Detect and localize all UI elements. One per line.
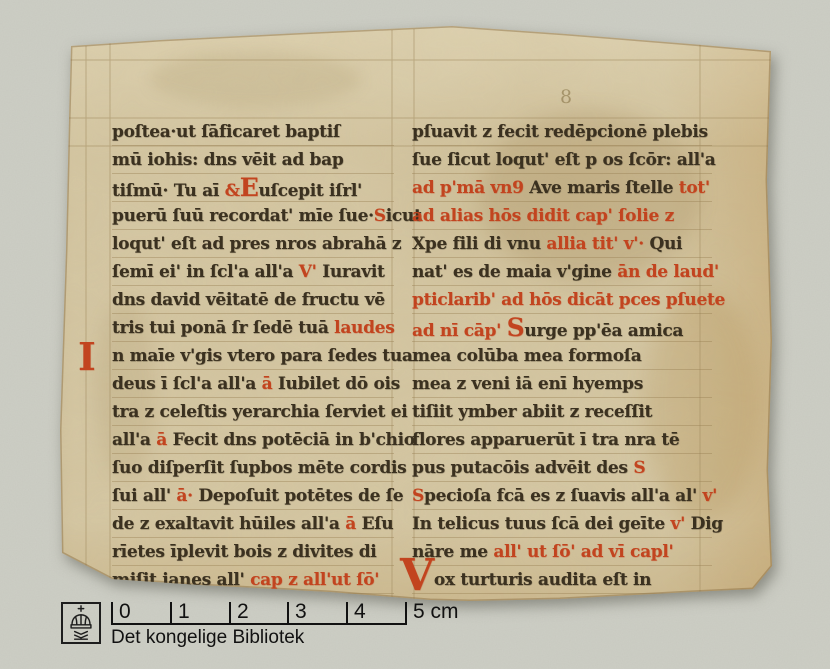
ink-segment: Eſu bbox=[362, 514, 394, 534]
rubric-segment: ad p'mā vn9 bbox=[412, 178, 529, 198]
manuscript-line: de z exaltavit hūiles all'a ā Eſu bbox=[112, 510, 394, 538]
manuscript-line: poſtea·ut ſāficaret baptiſ bbox=[112, 118, 394, 146]
ruler-tick bbox=[229, 602, 231, 625]
ink-segment: Xpe fili di vnu bbox=[412, 234, 546, 254]
rubric-segment: v' bbox=[671, 514, 691, 534]
ink-segment: de z exaltavit hūiles all'a bbox=[112, 514, 345, 534]
photograph-canvas: 8 poſtea·ut ſāficaret baptiſmū iohis: dn… bbox=[0, 0, 830, 669]
manuscript-line: ſui all' ā· Depoſuit potētes de ſe bbox=[112, 482, 394, 510]
ruler-tick bbox=[111, 602, 113, 625]
manuscript-line: pſuavit z fecit redēpcionē plebis bbox=[412, 118, 712, 146]
manuscript-line: loqut' eſt ad pres nros abrahā z bbox=[112, 230, 394, 258]
manuscript-line: miſit ianes all' cap z all'ut ſō' bbox=[112, 566, 394, 594]
rubric-segment: v' bbox=[703, 486, 717, 506]
manuscript-line: all'a ā Fecit dns potēciā in b'chio bbox=[112, 426, 394, 454]
rubric-segment: ā bbox=[156, 430, 172, 450]
manuscript-line: dns david vēitatē de fructu vē bbox=[112, 286, 394, 314]
rubric-segment: ā bbox=[345, 514, 361, 534]
ink-segment: Iuravit bbox=[322, 262, 384, 282]
ruler-tick bbox=[287, 602, 289, 625]
ink-segment: mea colūba mea formoſa bbox=[412, 346, 641, 366]
manuscript-line: tra z celeſtis yerarchia ſerviet ei bbox=[112, 398, 394, 426]
ink-segment: In telicus tuus ſcā dei geīte bbox=[412, 514, 671, 534]
manuscript-line: ſemī ei' in ſcl'a all'a V' Iuravit bbox=[112, 258, 394, 286]
ink-segment: ox turturis audita eſt in bbox=[434, 570, 651, 590]
rubric-segment: E bbox=[240, 173, 259, 202]
ruler-tick bbox=[346, 602, 348, 625]
manuscript-line: mea z veni iā enī hyemps bbox=[412, 370, 712, 398]
rubric-segment: S bbox=[412, 486, 424, 506]
manuscript-line: tris tui ponā ſr ſedē tuā laudes bbox=[112, 314, 394, 342]
rubric-segment: S bbox=[633, 458, 645, 478]
ruler-tick bbox=[170, 602, 172, 625]
ink-segment: mea z veni iā enī hyemps bbox=[412, 374, 643, 394]
manuscript-line: ad nī cāp' Surge pp'ēa amica bbox=[412, 314, 712, 342]
ink-segment: ſuo diſperſit ſupbos mēte cordis bbox=[112, 458, 406, 478]
ink-segment: dns david vēitatē de fructu vē bbox=[112, 290, 385, 310]
rubric-segment: all' ut ſō' ad vī capl' bbox=[493, 542, 673, 562]
rubric-segment: ān de laud' bbox=[617, 262, 719, 282]
manuscript-line: nāre me all' ut ſō' ad vī capl' bbox=[412, 538, 712, 566]
library-name: Det kongelige Bibliotek bbox=[111, 628, 304, 648]
rubric-segment: pticlarib' ad hōs dicāt pces pſuete bbox=[412, 290, 725, 310]
ruler-number: 4 bbox=[354, 600, 366, 624]
ink-segment: tra z celeſtis yerarchia ſerviet ei bbox=[112, 402, 407, 422]
scale-ruler: 01234 5 cm Det kongelige Bibliotek bbox=[111, 602, 481, 648]
manuscript-line: mū iohis: dns vēit ad bap bbox=[112, 146, 394, 174]
manuscript-line: ad p'mā vn9 Ave maris ſtelle tot' bbox=[412, 174, 712, 202]
crown-kb-monogram-icon bbox=[63, 604, 99, 642]
manuscript-leaf: 8 poſtea·ut ſāficaret baptiſmū iohis: dn… bbox=[0, 0, 830, 669]
ink-segment: flores apparuerūt ī tra nra tē bbox=[412, 430, 679, 450]
rubric-segment: tot' bbox=[679, 178, 710, 198]
rubric-segment: V' bbox=[299, 262, 322, 282]
rubric-segment: ad nī cāp' bbox=[412, 321, 507, 341]
rubric-segment: I bbox=[78, 338, 95, 376]
royal-library-logo bbox=[61, 602, 101, 644]
rubric-segment: ā bbox=[262, 374, 278, 394]
ruler-number: 1 bbox=[178, 600, 190, 624]
folio-number: 8 bbox=[560, 86, 572, 108]
ink-segment: puerū ſuū recordat' mīe ſue· bbox=[112, 206, 374, 226]
manuscript-line: tiſmū· Tu aī &Euſcepit iſrl' bbox=[112, 174, 394, 202]
manuscript-line: Xpe fili di vnu allia tit' v'· Qui bbox=[412, 230, 712, 258]
manuscript-column-left: poſtea·ut ſāficaret baptiſmū iohis: dns … bbox=[112, 118, 394, 604]
rubric-segment: ā· bbox=[176, 486, 198, 506]
ink-segment: Depoſuit potētes de ſe bbox=[198, 486, 403, 506]
manuscript-line: nat' es de maia v'gine ān de laud' bbox=[412, 258, 712, 286]
ink-segment: Ave maris ſtelle bbox=[529, 178, 679, 198]
ink-segment: deus ī ſcl'a all'a bbox=[112, 374, 262, 394]
rubric-segment: allia tit' v'· bbox=[546, 234, 649, 254]
manuscript-line: Vox turturis audita eſt in bbox=[412, 566, 712, 594]
manuscript-line: deus ī ſcl'a all'a ā Iubilet dō ois bbox=[112, 370, 394, 398]
manuscript-line: flores apparuerūt ī tra nra tē bbox=[412, 426, 712, 454]
ink-segment: ſue ſicut loqut' eſt p os ſcōr: all'a bbox=[412, 150, 715, 170]
ink-segment: tiſiit ymber abiit z receſſit bbox=[412, 402, 652, 422]
ink-segment: pus putacōis advēit des bbox=[412, 458, 633, 478]
ink-segment: uſcepit iſrl' bbox=[259, 181, 362, 201]
manuscript-line: rīetes īplevit bois z divites di bbox=[112, 538, 394, 566]
manuscript-line: ſuo diſperſit ſupbos mēte cordis bbox=[112, 454, 394, 482]
ink-segment: urge pp'ēa amica bbox=[524, 321, 683, 341]
ink-segment: loqut' eſt ad pres nros abrahā z bbox=[112, 234, 401, 254]
parchment-stain bbox=[150, 52, 360, 107]
manuscript-leaf-wrap: 8 poſtea·ut ſāficaret baptiſmū iohis: dn… bbox=[0, 0, 830, 669]
ink-segment: Fecit dns potēciā in b'chio bbox=[173, 430, 415, 450]
rubric-segment: & bbox=[225, 181, 240, 201]
manuscript-line: puerū ſuū recordat' mīe ſue·Sicut bbox=[112, 202, 394, 230]
ink-segment: mū iohis: dns vēit ad bap bbox=[112, 150, 343, 170]
ruler-number: 0 bbox=[119, 600, 131, 624]
manuscript-line: ſue ſicut loqut' eſt p os ſcōr: all'a bbox=[412, 146, 712, 174]
ruler-number: 3 bbox=[295, 600, 307, 624]
ink-segment: nat' es de maia v'gine bbox=[412, 262, 617, 282]
rubric-segment: ad alias hōs didit cap' ſolie z bbox=[412, 206, 674, 226]
ink-segment: tris tui ponā ſr ſedē tuā bbox=[112, 318, 334, 338]
ink-segment: Dig bbox=[691, 514, 723, 534]
ruler-number: 2 bbox=[237, 600, 249, 624]
manuscript-line: In maīe v'gis vtero para ſedes tua bbox=[112, 342, 394, 370]
ruler-tick bbox=[405, 602, 407, 625]
manuscript-line: ad alias hōs didit cap' ſolie z bbox=[412, 202, 712, 230]
manuscript-column-right: pſuavit z fecit redēpcionē plebisſue ſic… bbox=[412, 118, 712, 604]
manuscript-line: mea colūba mea formoſa bbox=[412, 342, 712, 370]
ink-segment: pſuavit z fecit redēpcionē plebis bbox=[412, 122, 708, 142]
manuscript-line: In telicus tuus ſcā dei geīte v' Dig bbox=[412, 510, 712, 538]
rubric-segment: laudes bbox=[334, 318, 394, 338]
rubric-segment: S bbox=[374, 206, 386, 226]
ink-segment: pecioſa fcā es z ſuavis all'a al' bbox=[424, 486, 703, 506]
rubric-segment: S bbox=[507, 313, 525, 342]
manuscript-line: tiſiit ymber abiit z receſſit bbox=[412, 398, 712, 426]
ink-segment: Qui bbox=[649, 234, 682, 254]
rubric-segment: V bbox=[400, 562, 434, 590]
manuscript-line: pticlarib' ad hōs dicāt pces pſuete bbox=[412, 286, 712, 314]
ink-segment: all'a bbox=[112, 430, 156, 450]
ink-segment: n maīe v'gis vtero para ſedes tua bbox=[112, 346, 413, 366]
ink-segment: tiſmū· Tu aī bbox=[112, 181, 225, 201]
ink-segment: Iubilet dō ois bbox=[278, 374, 400, 394]
manuscript-line: Specioſa fcā es z ſuavis all'a al' v' bbox=[412, 482, 712, 510]
ink-segment: rīetes īplevit bois z divites di bbox=[112, 542, 376, 562]
ink-segment: miſit ianes all' bbox=[112, 570, 250, 590]
ink-segment: poſtea·ut ſāficaret baptiſ bbox=[112, 122, 340, 142]
ink-segment: ſui all' bbox=[112, 486, 176, 506]
ruler-end-label: 5 cm bbox=[413, 600, 459, 624]
ink-segment: ſemī ei' in ſcl'a all'a bbox=[112, 262, 299, 282]
manuscript-line: pus putacōis advēit des S bbox=[412, 454, 712, 482]
rubric-segment: cap z all'ut ſō' bbox=[250, 570, 379, 590]
